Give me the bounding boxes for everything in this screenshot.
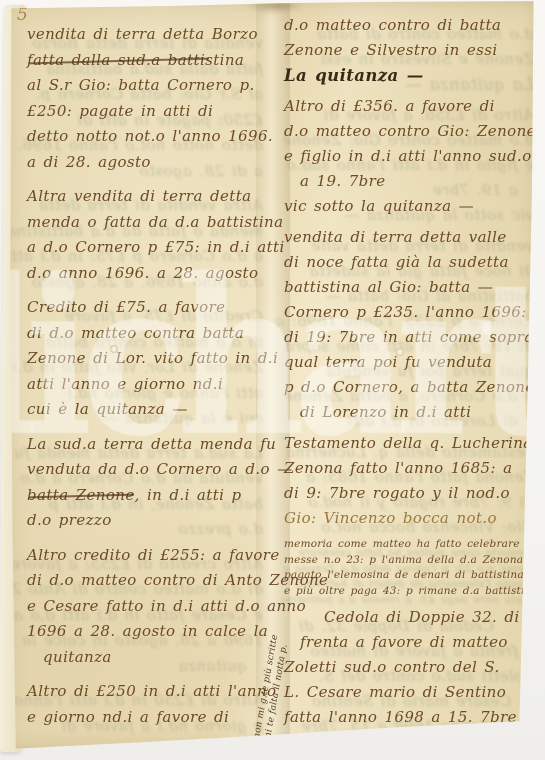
manuscript-line: frenta a favore di matteo [284,630,534,655]
manuscript-line: Altro di £356. a favore di [284,94,534,119]
manuscript-line: e più oltre paga 43: p rimane d.a battis… [284,584,534,600]
manuscript-line: Gio: Vincenzo bocca not.o [284,506,534,531]
manuscript-line: fatta dalla sud.a battistina [27,48,263,74]
manuscript-line: d.o matteo contro di batta [284,13,534,38]
manuscript-page: 5 vendita di terra detta Borzo fatta dal… [0,0,545,760]
manuscript-line: L. Cesare mario di Sentino [284,680,534,705]
fold-smudge [246,0,304,13]
paragraph: vendita di terra detta Borzo fatta dalla… [27,22,263,175]
manuscript-line: messe n.o 23: p l'anima della d.a Zenona… [284,553,534,569]
manuscript-line: quitanza [27,645,263,671]
manuscript-line: fatta l'anno 1698 a 15. 7bre [284,705,534,730]
manuscript-line: Zenone e Silvestro in essi [284,38,534,63]
manuscript-line: e Cesare fatto in d.i atti d.o anno [27,594,263,620]
paragraph: Altro di £356. a favore di d.o matteo co… [284,94,534,219]
manuscript-line: e figlio in d.i atti l'anno sud.o [284,144,534,169]
manuscript-line: a 19. 7bre [284,169,534,194]
manuscript-line: d.o matteo contro Gio: Zenone [284,119,534,144]
manuscript-line: 1696 a 28. agosto in calce la [27,619,263,645]
manuscript-line: Cedola di Doppie 32. di [284,605,534,630]
manuscript-line: di d.o matteo contro di Anto Zenone [27,568,263,594]
manuscript-line: £250: pagate in atti di [27,99,263,125]
paragraph: Altro di £250 in d.i atti l'anno e giorn… [27,679,263,730]
paragraph-memoria: memoria come matteo ha fatto celebrare m… [284,537,534,599]
manuscript-line: pagato l'elemosina de denari di battisti… [284,568,534,584]
manuscript-line: vendita di terra detta Borzo [27,22,263,48]
paragraph: Cedola di Doppie 32. di frenta a favore … [284,605,534,730]
manuscript-line: e giorno nd.i a favore di [27,705,263,731]
manuscript-line: detto notto not.o l'anno 1696. [27,124,263,150]
scanned-document: 5 vendita di terra detta Borzo fatta dal… [0,0,545,760]
manuscript-line: Altra vendita di terra detta [27,184,263,210]
manuscript-line: a di 28. agosto [27,150,263,176]
manuscript-line: La quitanza — [284,63,534,88]
manuscript-line: batta Zenone, in d.i atti p [27,483,263,509]
manuscript-line: d.o prezzo [27,508,263,534]
watermark-text: licharta [0,250,545,465]
manuscript-line: vic sotto la quitanza — [284,194,534,219]
manuscript-line: al S.r Gio: batta Cornero p. [27,73,263,99]
manuscript-line: Altro di £250 in d.i atti l'anno [27,679,263,705]
manuscript-line: di 9: 7bre rogato y il nod.o [284,481,534,506]
worm-hole [396,348,404,356]
paragraph: Altro credito di £255: a favore di d.o m… [27,543,263,671]
manuscript-line: Zoletti sud.o contro del S. [284,655,534,680]
worm-hole [110,345,118,353]
paragraph: d.o matteo contro di batta Zenone e Silv… [284,13,534,88]
manuscript-line: memoria come matteo ha fatto celebrare [284,537,534,553]
manuscript-line: Altro credito di £255: a favore [27,543,263,569]
